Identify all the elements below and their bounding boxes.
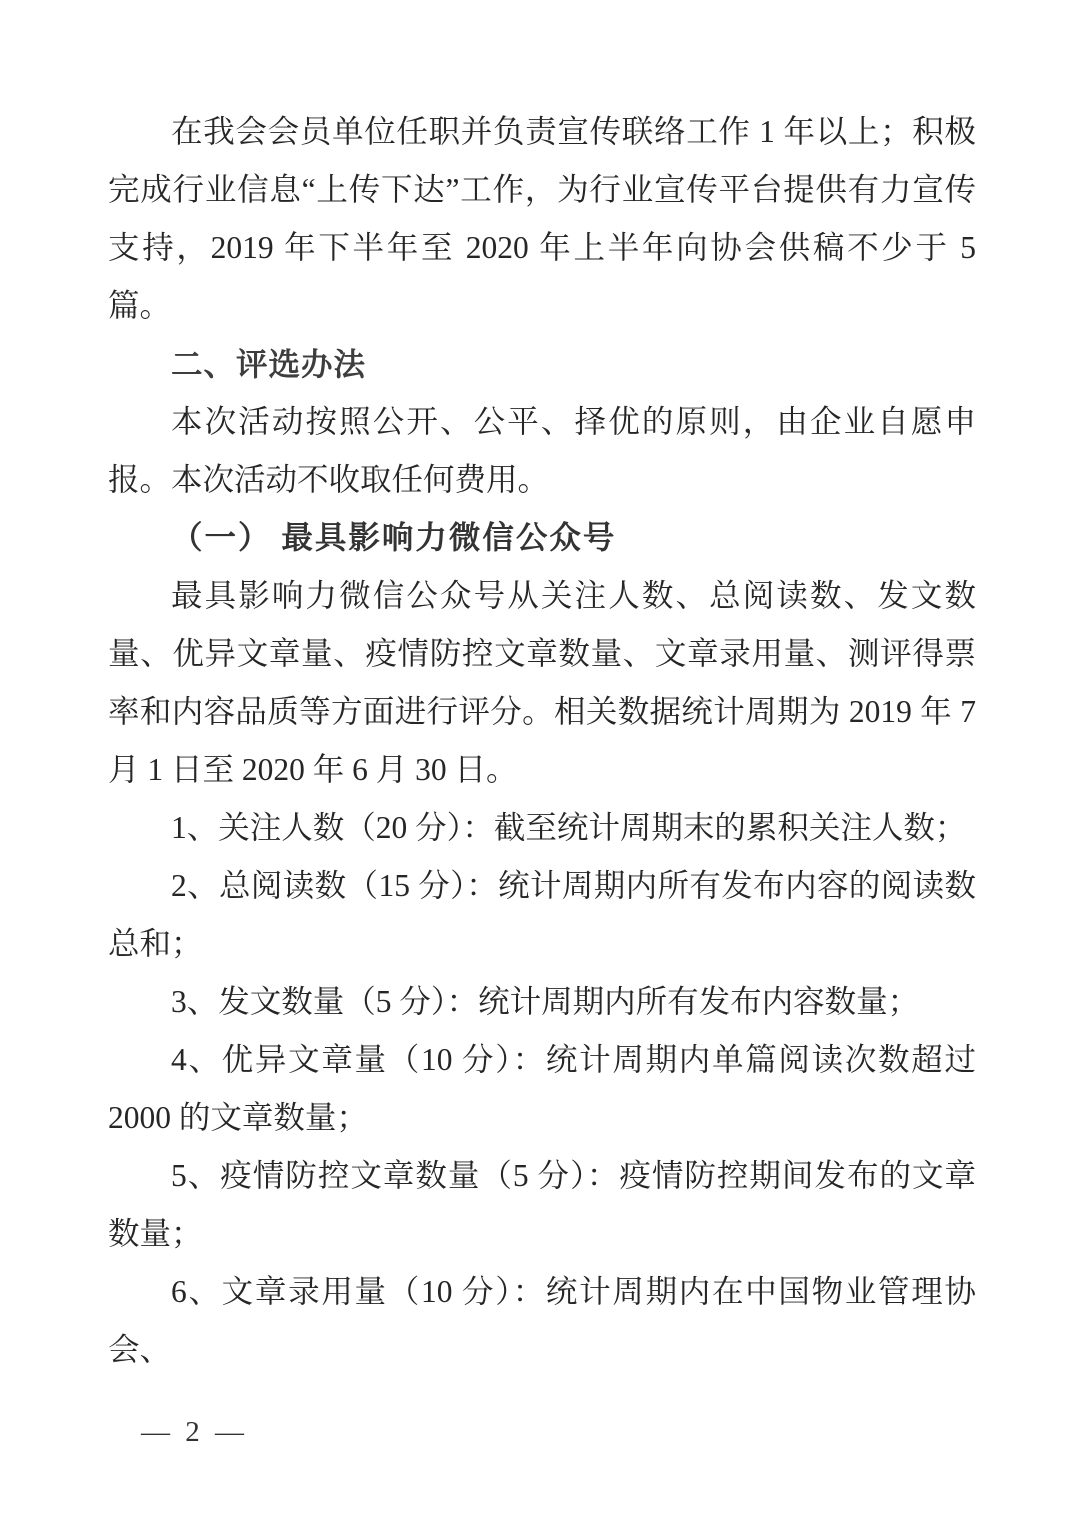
paragraph-activity-principles: 本次活动按照公开、公平、择优的原则，由企业自愿申报。本次活动不收取任何费用。: [108, 393, 976, 509]
list-item-4-outstanding-articles: 4、优异文章量（10 分）：统计周期内单篇阅读次数超过 2000 的文章数量；: [108, 1031, 976, 1147]
paragraph-eligibility-requirement: 在我会会员单位任职并负责宣传联络工作 1 年以上；积极完成行业信息“上传下达”工…: [108, 103, 976, 335]
list-item-2-total-reads: 2、总阅读数（15 分）：统计周期内所有发布内容的阅读数总和；: [108, 857, 976, 973]
document-body: 在我会会员单位任职并负责宣传联络工作 1 年以上；积极完成行业信息“上传下达”工…: [108, 103, 976, 1379]
list-item-1-followers: 1、关注人数（20 分）：截至统计周期末的累积关注人数；: [108, 799, 976, 857]
paragraph-scoring-overview: 最具影响力微信公众号从关注人数、总阅读数、发文数量、优异文章量、疫情防控文章数量…: [108, 567, 976, 799]
heading-section-2-selection-method: 二、评选办法: [108, 335, 976, 393]
list-item-3-article-count: 3、发文数量（5 分）：统计周期内所有发布内容数量；: [108, 973, 976, 1031]
list-item-6-accepted-articles: 6、文章录用量（10 分）：统计周期内在中国物业管理协会、: [108, 1263, 976, 1379]
page-number: — 2 —: [141, 1416, 248, 1449]
list-item-5-epidemic-articles: 5、疫情防控文章数量（5 分）：疫情防控期间发布的文章数量；: [108, 1147, 976, 1263]
heading-subsection-1-wechat-account: （一） 最具影响力微信公众号: [108, 509, 976, 567]
document-page: 在我会会员单位任职并负责宣传联络工作 1 年以上；积极完成行业信息“上传下达”工…: [0, 0, 1080, 1527]
